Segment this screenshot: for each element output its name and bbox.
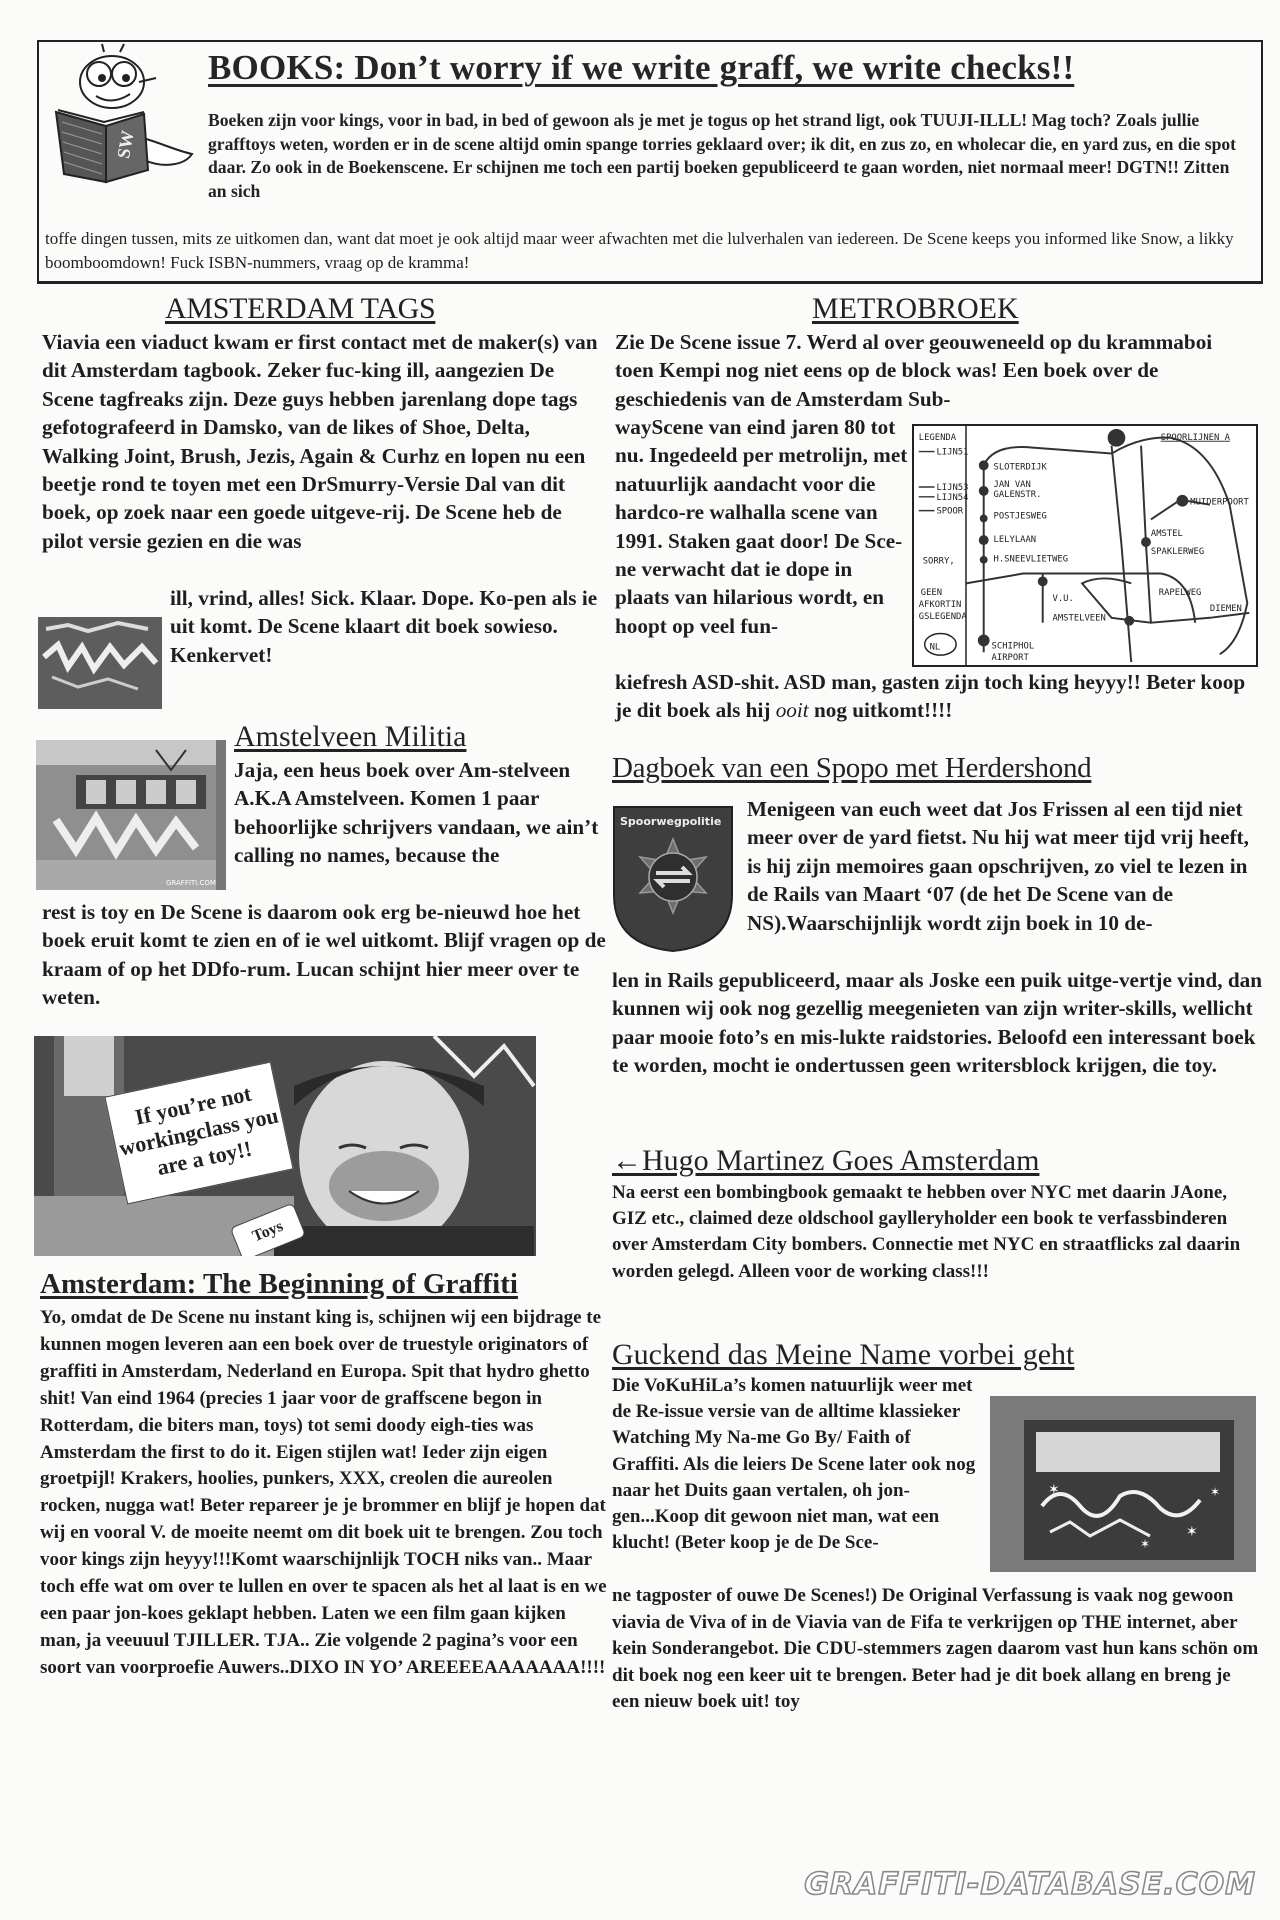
svg-text:SLOTERDIJK: SLOTERDIJK — [994, 462, 1048, 472]
metro-map-image: LEGENDA LIJN51 LIJN53 LIJN54 SPOOR SORRY… — [912, 424, 1258, 667]
amsterdam-tags-body-continued: ill, vrind, alles! Sick. Klaar. Dope. Ko… — [170, 584, 610, 669]
header-intro-text: Boeken zijn voor kings, voor in bad, in … — [208, 109, 1248, 203]
svg-text:LELYLAAN: LELYLAAN — [994, 535, 1037, 545]
amsterdam-beginning-body: Yo, omdat de De Scene nu instant king is… — [40, 1305, 610, 1682]
amsterdam-beginning-heading: Amsterdam: The Beginning of Graffiti — [40, 1268, 518, 1301]
speech-bubble-text: If you’re not workingclass you are a toy… — [117, 1081, 281, 1181]
header-intro-text-continued: toffe dingen tussen, mits ze uitkomen da… — [45, 227, 1245, 274]
svg-text:DIEMEN: DIEMEN — [1210, 604, 1242, 614]
hugo-martinez-body: Na eerst een bombingbook gemaakt te hebb… — [612, 1180, 1262, 1285]
bookworm-reading-icon: SW — [44, 42, 194, 184]
svg-text:AMSTELVEEN: AMSTELVEEN — [1053, 614, 1106, 624]
svg-text:GSLEGENDA: GSLEGENDA — [919, 612, 968, 622]
svg-text:NL: NL — [930, 642, 941, 652]
watching-my-name-go-by-book-photo: ✶✶ ✶✶ — [990, 1396, 1256, 1572]
page-title: BOOKS: Don’t worry if we write graff, we… — [208, 48, 1248, 88]
svg-text:POSTJESWEG: POSTJESWEG — [994, 511, 1047, 521]
tag-graffiti-icon — [38, 617, 162, 709]
guckend-body-continued: ne tagposter of ouwe De Scenes!) De Orig… — [612, 1583, 1262, 1716]
svg-text:SPOOR: SPOOR — [936, 507, 963, 517]
svg-text:✶: ✶ — [1048, 1483, 1060, 1498]
svg-text:LIJN54: LIJN54 — [936, 493, 968, 503]
toys-tag-text: Toys — [250, 1218, 286, 1246]
amstelveen-militia-body: Jaja, een heus boek over Am-stelveen A.K… — [234, 756, 604, 870]
svg-text:RAPELWEG: RAPELWEG — [1159, 588, 1202, 598]
svg-text:MUIDERPOORT: MUIDERPOORT — [1190, 498, 1249, 508]
guckend-heading: Guckend das Meine Name vorbei geht — [612, 1338, 1074, 1372]
svg-text:AMSTEL: AMSTEL — [1151, 529, 1183, 539]
svg-text:GRAFFITI.COM: GRAFFITI.COM — [166, 879, 216, 887]
spoorwegpolitie-badge-icon: Spoorwegpolitie — [610, 805, 736, 953]
svg-text:GEEN: GEEN — [921, 588, 942, 598]
dagboek-body: Menigeen van euch weet dat Jos Frissen a… — [747, 795, 1257, 937]
svg-text:✶: ✶ — [1186, 1525, 1198, 1540]
workingclass-photo: If you’re not workingclass you are a toy… — [34, 1036, 536, 1256]
metrobroek-body: Zie De Scene issue 7. Werd al over geouw… — [615, 328, 1255, 413]
metrobroek-heading: METROBROEK — [812, 292, 1019, 326]
svg-text:H.SNEEVLIETWEG: H.SNEEVLIETWEG — [994, 555, 1069, 565]
svg-text:SCHIPHOL: SCHIPHOL — [992, 641, 1035, 651]
svg-text:LIJN53: LIJN53 — [936, 483, 968, 493]
svg-text:LEGENDA: LEGENDA — [919, 433, 957, 443]
guckend-body: Die VoKuHiLa’s komen natuurlijk weer met… — [612, 1373, 982, 1556]
svg-text:AIRPORT: AIRPORT — [992, 653, 1030, 663]
dagboek-heading: Dagboek van een Spopo met Herdershond — [612, 752, 1091, 785]
svg-text:LIJN51: LIJN51 — [936, 448, 968, 458]
metrobroek-body-end: kiefresh ASD-shit. ASD man, gasten zijn … — [615, 668, 1265, 725]
amstelveen-militia-heading: Amstelveen Militia — [234, 720, 466, 754]
amsterdam-tags-heading: AMSTERDAM TAGS — [165, 292, 435, 326]
metro-train-graffiti-icon: GRAFFITI.COM — [36, 740, 226, 890]
metrobroek-body-continued: wayScene van eind jaren 80 tot nu. Inged… — [615, 413, 911, 640]
tag-photo — [38, 617, 162, 709]
svg-text:GALENSTR.: GALENSTR. — [994, 490, 1042, 500]
amstelveen-train-photo: GRAFFITI.COM — [36, 740, 226, 890]
svg-text:V.U.: V.U. — [1053, 594, 1074, 604]
dagboek-body-continued: len in Rails gepubliceerd, maar als Josk… — [612, 966, 1262, 1080]
book-cover-graffiti-icon: ✶✶ ✶✶ — [990, 1396, 1256, 1572]
svg-text:SORRY,: SORRY, — [923, 557, 955, 567]
svg-text:Spoorwegpolitie: Spoorwegpolitie — [620, 815, 721, 828]
svg-text:✶: ✶ — [1140, 1537, 1150, 1551]
svg-text:JAN VAN: JAN VAN — [994, 480, 1031, 490]
graffiti-database-watermark: GRAFFITI-DATABASE.COM — [804, 1867, 1256, 1902]
svg-text:SPAKLERWEG: SPAKLERWEG — [1151, 547, 1204, 557]
metrobroek-body-end-text-2: nog uitkomt!!!! — [809, 698, 953, 722]
svg-text:✶: ✶ — [1210, 1485, 1220, 1499]
svg-text:AFKORTIN: AFKORTIN — [919, 600, 962, 610]
hugo-martinez-heading: ←Hugo Martinez Goes Amsterdam — [612, 1144, 1039, 1178]
amstelveen-militia-body-continued: rest is toy en De Scene is daarom ook er… — [42, 898, 608, 1012]
metrobroek-italic-word: ooit — [776, 698, 809, 722]
amsterdam-tags-body: Viavia een viaduct kwam er first contact… — [42, 328, 608, 555]
